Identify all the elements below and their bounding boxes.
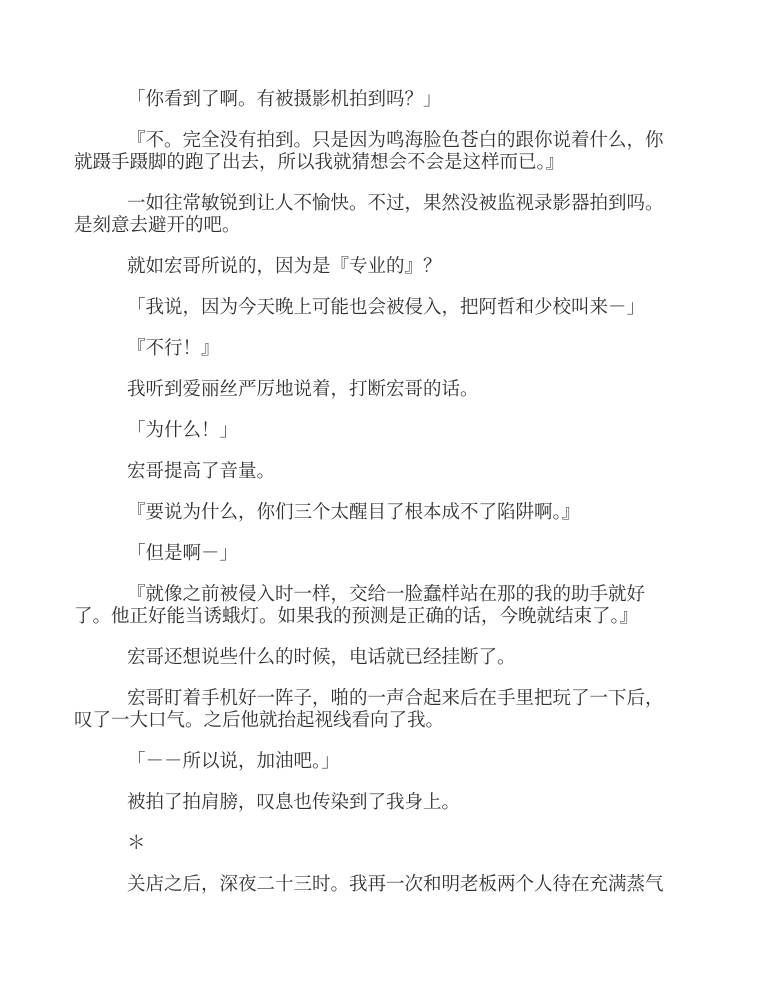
text-line: 「我说，因为今天晚上可能也会被侵入，把阿哲和少校叫来－」	[74, 297, 680, 319]
paragraph-narration: 关店之后，深夜二十三时。我再一次和明老板两个人待在充满蒸气	[74, 874, 680, 896]
paragraph-phone: 『就像之前被侵入时一样，交给一脸蠢样站在那的我的助手就好了。他正好能当诱蛾灯。如…	[74, 584, 680, 628]
document-page: 「你看到了啊。有被摄影机拍到吗？」『不。完全没有拍到。只是因为鸣海脸色苍白的跟你…	[0, 0, 765, 990]
text-line: 一如往常敏锐到让人不愉快。不过，果然没被监视录影器拍到吗。	[74, 193, 680, 215]
paragraph-dialogue: 「但是啊－」	[74, 543, 680, 565]
paragraph-dialogue: 「－－所以说，加油吧。」	[74, 751, 680, 773]
paragraph-narration: 宏哥还想说些什么的时候，电话就已经挂断了。	[74, 647, 680, 669]
paragraph-dialogue: 「为什么！」	[74, 420, 680, 442]
scene-break: ＊	[74, 833, 680, 855]
text-line: 「但是啊－」	[74, 543, 680, 565]
page-text: 「你看到了啊。有被摄影机拍到吗？」『不。完全没有拍到。只是因为鸣海脸色苍白的跟你…	[74, 89, 680, 915]
paragraph-narration: 就如宏哥所说的，因为是『专业的』？	[74, 256, 680, 278]
text-line: 『不行！』	[74, 338, 680, 360]
paragraph-narration: 被拍了拍肩膀，叹息也传染到了我身上。	[74, 792, 680, 814]
paragraph-dialogue: 「你看到了啊。有被摄影机拍到吗？」	[74, 89, 680, 111]
text-line: 宏哥提高了音量。	[74, 461, 680, 483]
text-line: 是刻意去避开的吧。	[74, 215, 680, 237]
text-line: 「－－所以说，加油吧。」	[74, 751, 680, 773]
paragraph-phone: 『不。完全没有拍到。只是因为鸣海脸色苍白的跟你说着什么，你就蹑手蹑脚的跑了出去，…	[74, 130, 680, 174]
text-line: 宏哥盯着手机好一阵子，啪的一声合起来后在手里把玩了一下后，	[74, 688, 680, 710]
text-line: 就如宏哥所说的，因为是『专业的』？	[74, 256, 680, 278]
text-line: 『不。完全没有拍到。只是因为鸣海脸色苍白的跟你说着什么，你	[74, 130, 680, 152]
text-line: 了。他正好能当诱蛾灯。如果我的预测是正确的话，今晚就结束了。』	[74, 606, 680, 628]
text-line: 关店之后，深夜二十三时。我再一次和明老板两个人待在充满蒸气	[74, 874, 680, 896]
text-line: 「为什么！」	[74, 420, 680, 442]
text-line: 『要说为什么，你们三个太醒目了根本成不了陷阱啊。』	[74, 502, 680, 524]
text-line: 『就像之前被侵入时一样，交给一脸蠢样站在那的我的助手就好	[74, 584, 680, 606]
paragraph-narration: 宏哥提高了音量。	[74, 461, 680, 483]
paragraph-narration: 一如往常敏锐到让人不愉快。不过，果然没被监视录影器拍到吗。是刻意去避开的吧。	[74, 193, 680, 237]
text-line: 「你看到了啊。有被摄影机拍到吗？」	[74, 89, 680, 111]
paragraph-dialogue: 「我说，因为今天晚上可能也会被侵入，把阿哲和少校叫来－」	[74, 297, 680, 319]
text-line: 宏哥还想说些什么的时候，电话就已经挂断了。	[74, 647, 680, 669]
paragraph-phone: 『要说为什么，你们三个太醒目了根本成不了陷阱啊。』	[74, 502, 680, 524]
text-line: ＊	[74, 833, 680, 855]
paragraph-narration: 宏哥盯着手机好一阵子，啪的一声合起来后在手里把玩了一下后，叹了一大口气。之后他就…	[74, 688, 680, 732]
paragraph-phone: 『不行！』	[74, 338, 680, 360]
text-line: 就蹑手蹑脚的跑了出去，所以我就猜想会不会是这样而已。』	[74, 152, 680, 174]
text-line: 我听到爱丽丝严厉地说着，打断宏哥的话。	[74, 379, 680, 401]
text-line: 叹了一大口气。之后他就抬起视线看向了我。	[74, 710, 680, 732]
paragraph-narration: 我听到爱丽丝严厉地说着，打断宏哥的话。	[74, 379, 680, 401]
text-line: 被拍了拍肩膀，叹息也传染到了我身上。	[74, 792, 680, 814]
